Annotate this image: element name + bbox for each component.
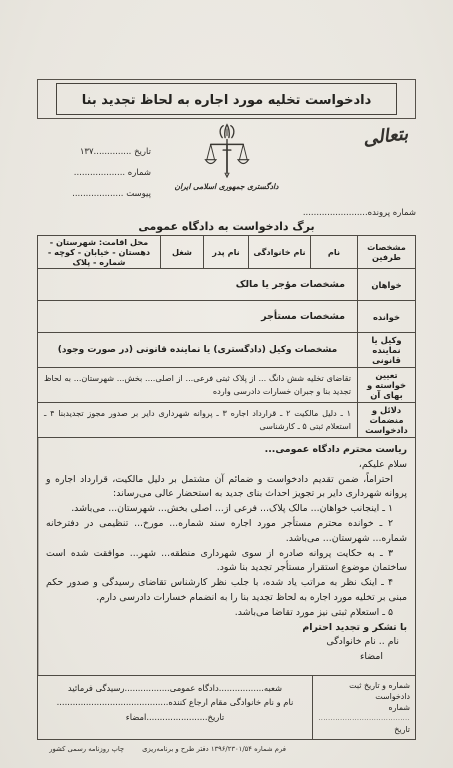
form-number: فرم شماره ۱۳۹۶/۲۳۰۱/۵۴ دفتر طرح و برنامه… xyxy=(142,745,286,753)
evidence-label: دلائل و منضمات دادخواست xyxy=(358,403,416,438)
closing-line: با تشکر و تجدید احترام xyxy=(46,621,407,636)
col-first-name: نام xyxy=(311,236,358,269)
registration-title: شماره و تاریخ ثبت دادخواست xyxy=(318,680,410,702)
defendant-label: خوانده xyxy=(358,301,416,333)
registration-dots: ...................................... xyxy=(318,713,410,724)
registration-number-label: شماره xyxy=(318,702,410,713)
form-footer: فرم شماره ۱۳۹۶/۲۳۰۱/۵۴ دفتر طرح و برنامه… xyxy=(37,745,286,753)
attorney-label: وکیل یا نماینده قانونی xyxy=(358,333,416,368)
table-row-attorney: وکیل یا نماینده قانونی مشخصات وکیل (دادگ… xyxy=(38,333,416,368)
attachment-field: پیوست ................... xyxy=(39,184,151,205)
header-left-fields: تاریخ ..............۱۳۷ شماره ..........… xyxy=(39,142,151,205)
form-header: بتعالی تاریخ ..............۱۳۷ شماره ...… xyxy=(37,123,416,213)
parties-table: مشخصات طرفین نام نام خانوادگی نام پدر شغ… xyxy=(37,235,416,438)
case-number-field: شماره پرونده........................ xyxy=(303,208,416,218)
col-father-name: نام پدر xyxy=(204,236,249,269)
basmala-handwriting: بتعالی xyxy=(362,123,409,149)
attorney-value: مشخصات وکیل (دادگستری) یا نماینده قانونی… xyxy=(38,333,358,368)
plaintiff-value: مشخصات مؤجر یا مالک xyxy=(38,269,358,301)
printer-credit: چاپ روزنامه رسمی کشور xyxy=(49,745,124,753)
plaintiff-label: خواهان xyxy=(358,269,416,301)
intro-paragraph: احتراماً، ضمن تقدیم دادخواست و ضمائم آن … xyxy=(46,473,407,503)
scales-of-justice-emblem-icon xyxy=(152,123,302,181)
registration-table: شماره و تاریخ ثبت دادخواست شماره .......… xyxy=(37,675,416,740)
greeting: سلام علیکم، xyxy=(46,458,407,473)
table-row-plaintiff: خواهان مشخصات مؤجر یا مالک xyxy=(38,269,416,301)
col-last-name: نام خانوادگی xyxy=(249,236,311,269)
claim-label: تعیین خواسته و بهای آن xyxy=(358,368,416,403)
form-content: دادخواست تخلیه مورد اجاره به لحاظ تجدید … xyxy=(37,79,416,753)
table-row-claim: تعیین خواسته و بهای آن تقاضای تخلیه شش د… xyxy=(38,368,416,403)
scanned-court-form-page: دادخواست تخلیه مورد اجاره به لحاظ تجدید … xyxy=(0,0,453,768)
item-5: ۵ ـ استعلام ثبتی نیز مورد تقاضا می‌باشد. xyxy=(46,606,407,621)
referrer-line: نام و نام خانوادگی مقام ارجاع کننده.....… xyxy=(44,695,306,710)
item-3: ۳ ـ به حکایت پروانه صادره از سوی شهرداری… xyxy=(46,547,407,577)
table-row-defendant: خوانده مشخصات مستأجر xyxy=(38,301,416,333)
branch-line: شعبه.................دادگاه عمومی.......… xyxy=(44,681,306,696)
col-occupation: شغل xyxy=(161,236,204,269)
table-row-evidence: دلائل و منضمات دادخواست ۱ ـ دلیل مالکیت … xyxy=(38,403,416,438)
claim-value: تقاضای تخلیه شش دانگ ... از پلاک ثبتی فر… xyxy=(38,368,358,403)
evidence-value: ۱ ـ دلیل مالکیت ۲ ـ قرارداد اجاره ۳ ـ پر… xyxy=(38,403,358,438)
salutation: ریاست محترم دادگاه عمومی... xyxy=(46,443,407,458)
petition-body: ریاست محترم دادگاه عمومی... سلام علیکم، … xyxy=(37,437,416,676)
form-title-row: برگ دادخواست به دادگاه عمومی شماره پروند… xyxy=(37,215,416,231)
col-residence: محل اقامت: شهرستان - دهستان - خیابان - ک… xyxy=(38,236,161,269)
defendant-value: مشخصات مستأجر xyxy=(38,301,358,333)
title-box-outer: دادخواست تخلیه مورد اجاره به لحاظ تجدید … xyxy=(37,79,416,119)
item-1: ۱ ـ اینجانب خواهان... مالک پلاک... فرعی … xyxy=(46,502,407,517)
parties-header-row: مشخصات طرفین نام نام خانوادگی نام پدر شغ… xyxy=(38,236,416,269)
signature-label: امضاء xyxy=(46,650,407,665)
col-parties: مشخصات طرفین xyxy=(358,236,416,269)
page-title: دادخواست تخلیه مورد اجاره به لحاظ تجدید … xyxy=(82,93,372,108)
item-4: ۴ ـ اینک نظر به مراتب یاد شده، با جلب نظ… xyxy=(46,576,407,606)
number-field: شماره ................... xyxy=(39,163,151,184)
judiciary-caption: دادگستری جمهوری اسلامی ایران xyxy=(152,182,302,191)
judiciary-emblem-block: دادگستری جمهوری اسلامی ایران xyxy=(152,123,302,191)
registration-right-cell: شماره و تاریخ ثبت دادخواست شماره .......… xyxy=(313,675,416,739)
title-box: دادخواست تخلیه مورد اجاره به لحاظ تجدید … xyxy=(56,83,397,115)
name-surname-line: نام .. نام خانوادگی xyxy=(46,635,407,650)
referral-date-signature-line: تاریخ.......................امضاء xyxy=(44,710,306,725)
registration-date-label: تاریخ xyxy=(318,724,410,735)
form-title: برگ دادخواست به دادگاه عمومی xyxy=(138,220,314,233)
date-field: تاریخ ..............۱۳۷ xyxy=(39,142,151,163)
referral-cell: شعبه.................دادگاه عمومی.......… xyxy=(38,675,313,739)
item-2: ۲ ـ خوانده محترم مستأجر مورد اجاره سند ش… xyxy=(46,517,407,547)
